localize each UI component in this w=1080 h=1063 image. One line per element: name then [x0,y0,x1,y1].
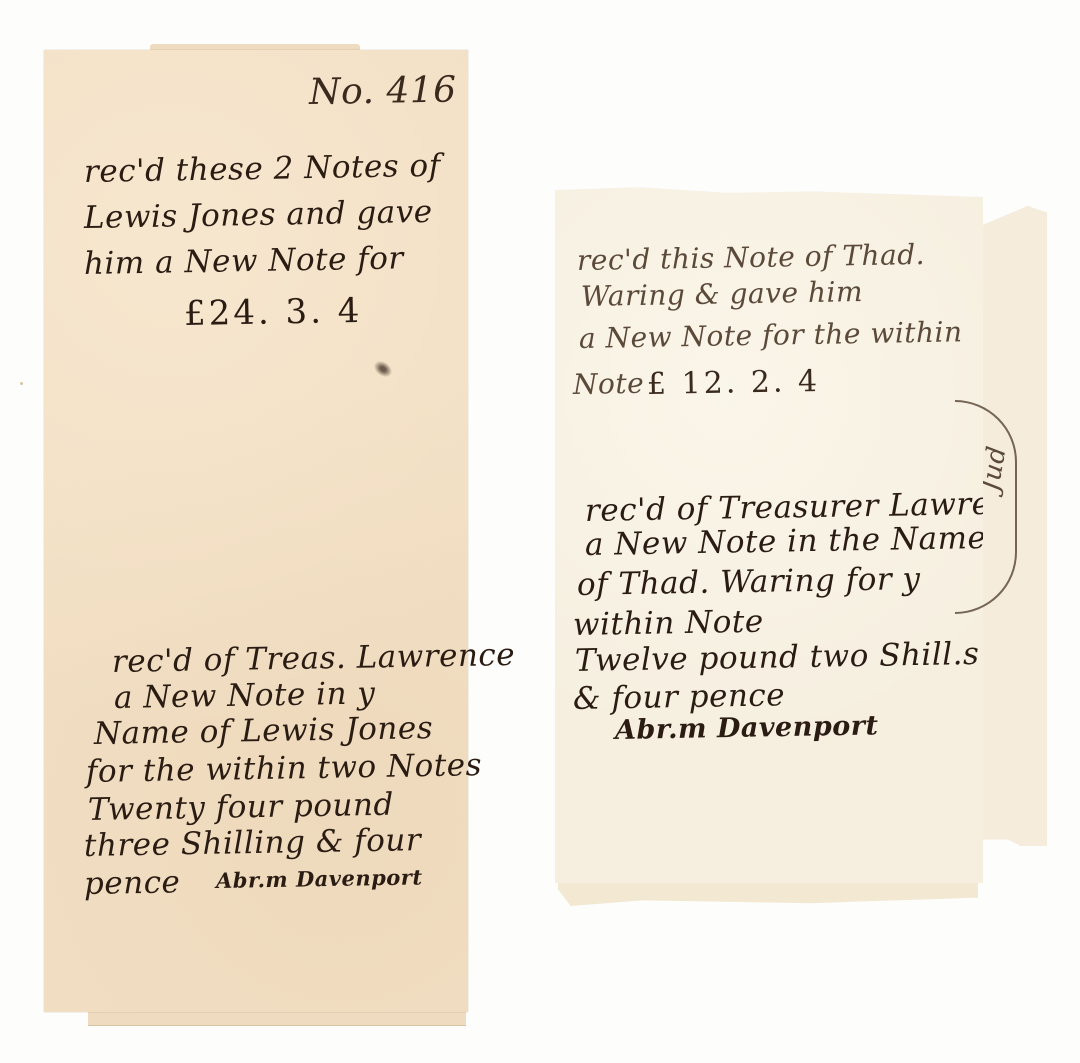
ink-flourish-arc [955,400,1017,614]
left-note: No. 416 rec'd these 2 Notes of Lewis Jon… [44,50,468,1012]
right-note: rec'd this Note of Thad. Waring & gave h… [555,183,983,883]
note-amount: £ 12. 2. 4 [647,364,821,402]
receipt-line: rec'd these 2 Notes of [84,144,441,194]
note-number: No. 416 [309,69,457,113]
acknowledgement-line: pence [84,860,181,906]
receipt-line: him a New Note for [84,236,404,286]
signature: Abr.m Davenport [615,710,879,746]
note-amount: £24. 3. 4 [184,291,363,334]
receipt-line: Waring & gave him [581,270,864,319]
receipt-line: a New Note for the within [579,310,963,361]
signature: Abr.m Davenport [216,864,423,893]
left-note-underlayer [88,1010,466,1026]
paper-speck [20,382,23,385]
receipt-line: Lewis Jones and gave [84,190,433,240]
receipt-line: Note [573,362,645,407]
